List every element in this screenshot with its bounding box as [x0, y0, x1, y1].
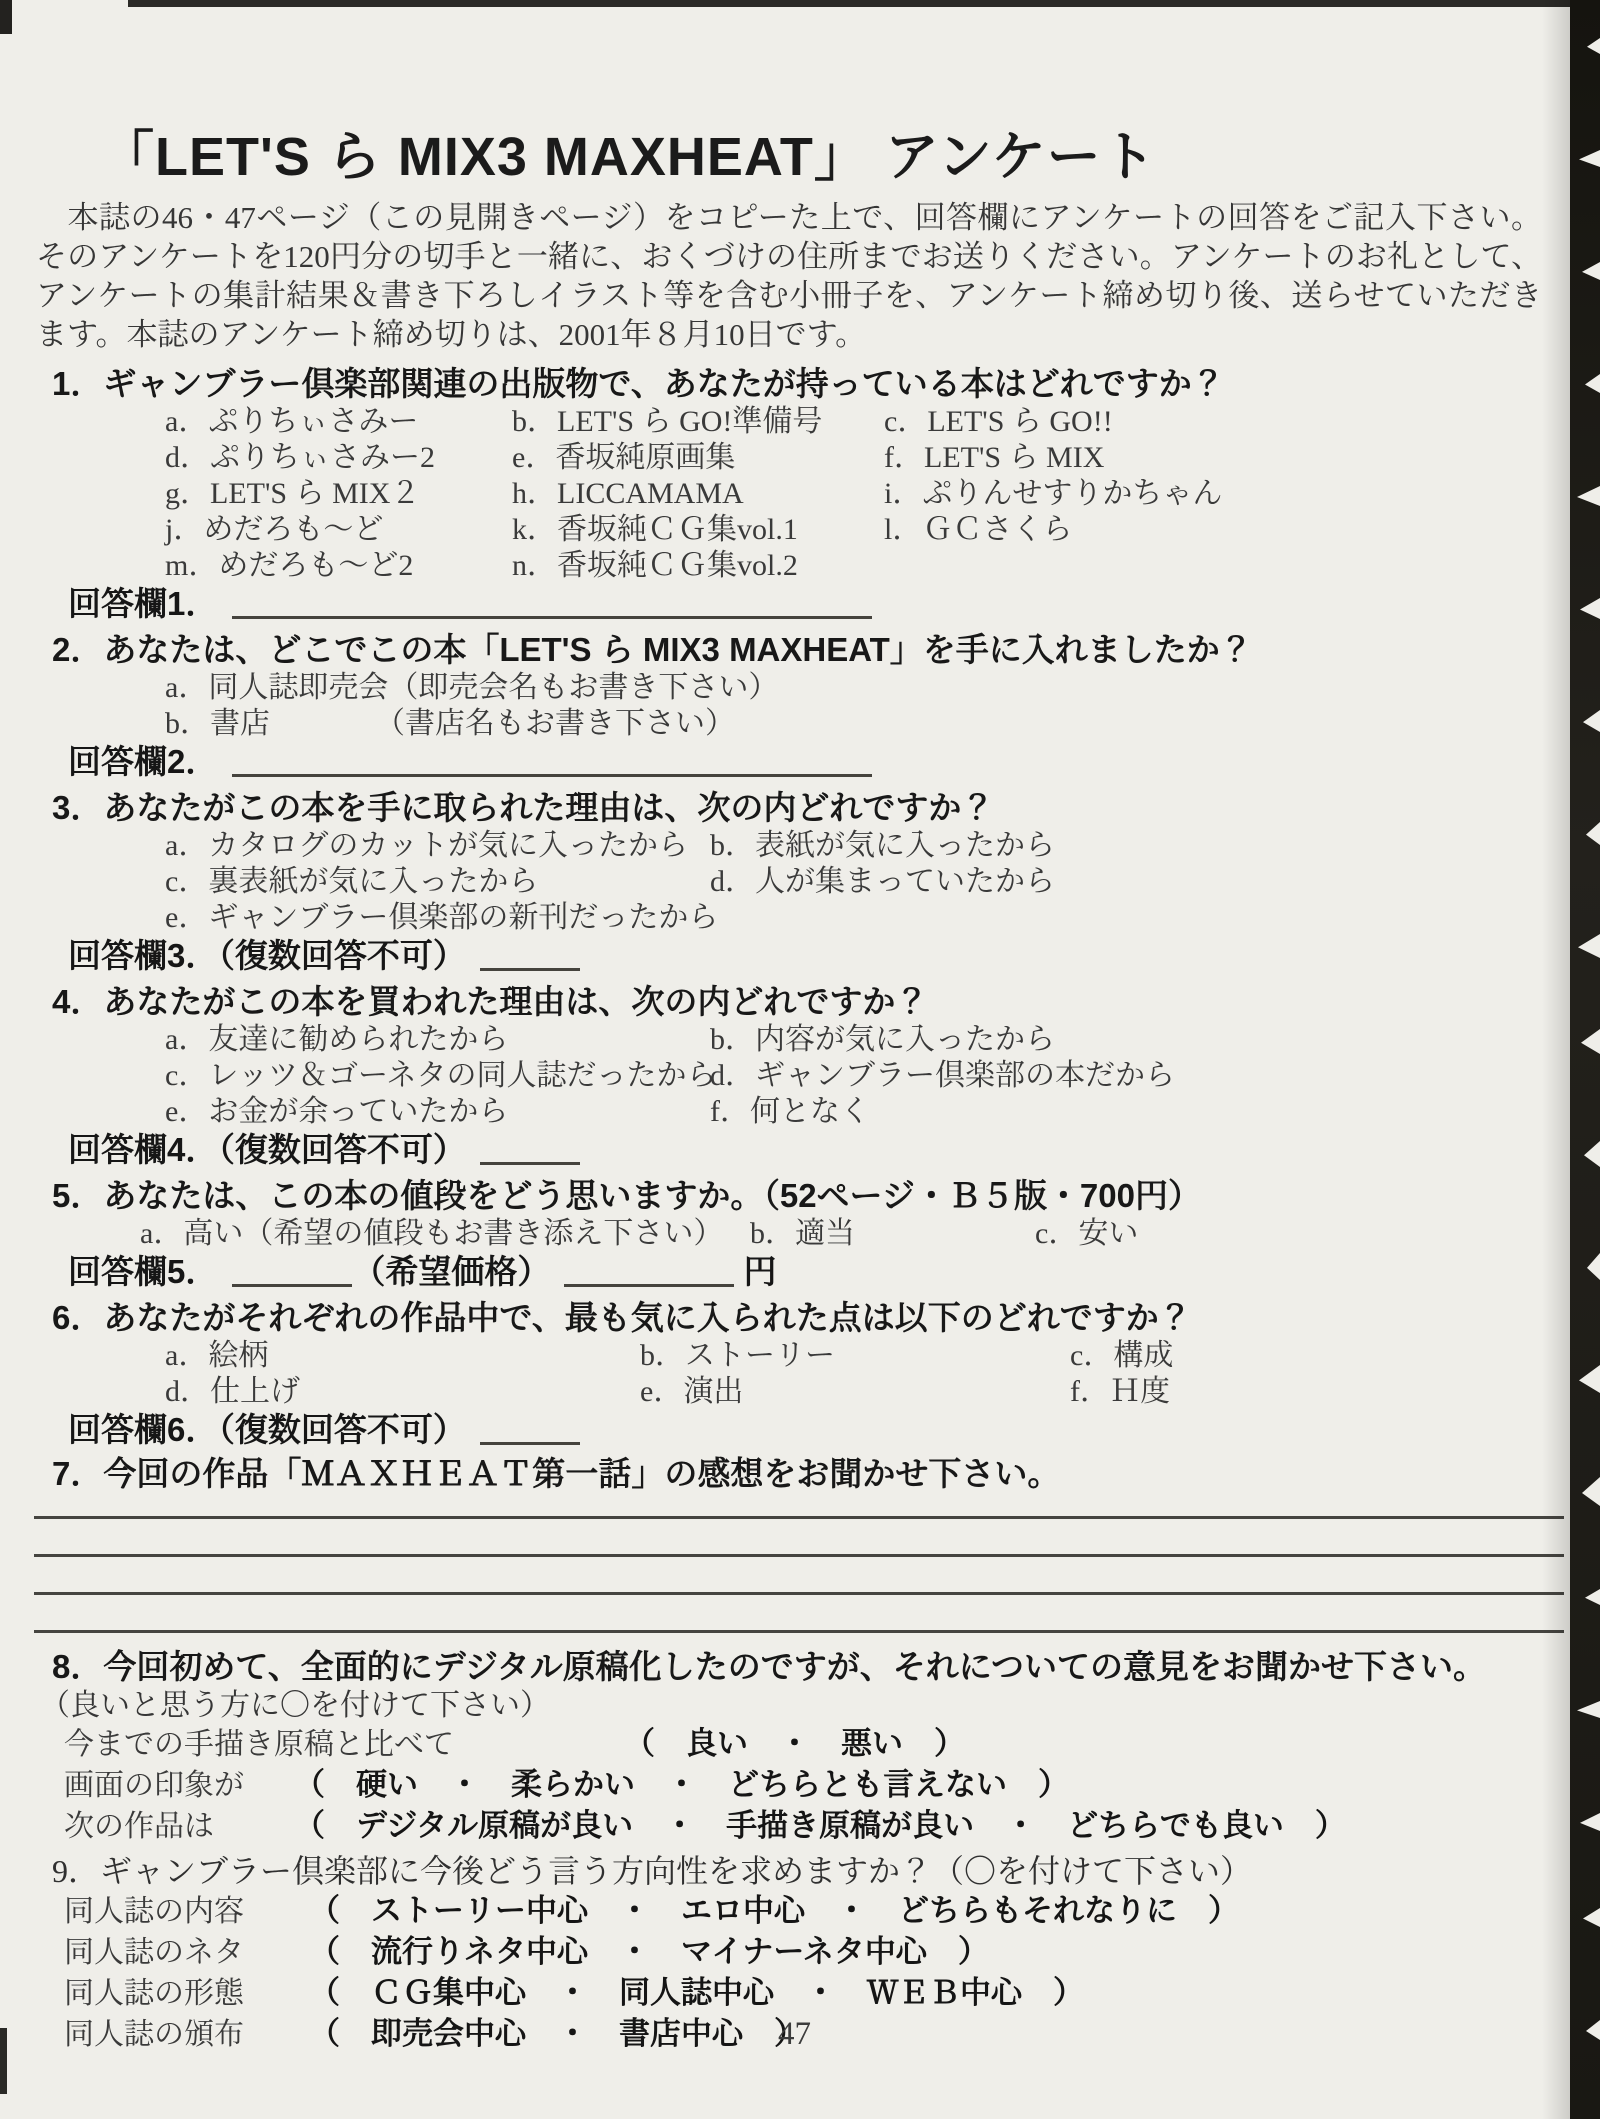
edge-notch — [1577, 1701, 1600, 1718]
question-8-row-1: 今までの手描き原稿と比べて（ 良い ・ 悪い ） — [64, 1724, 1600, 1765]
option-q1-n: n．香坂純ＣＧ集vol.2 — [512, 548, 884, 584]
answer-note-6: （復数回答不可） — [218, 1411, 466, 1448]
question-6-options: a．絵柄 b．ストーリー c．構成 d．仕上げ e．演出 f．Ｈ度 — [165, 1338, 1600, 1410]
row-label: 同人誌の頒布 — [64, 2015, 309, 2055]
answer-unit-5: 円 — [744, 1253, 777, 1290]
question-7-heading: 7．今回の作品「ＭＡＸＨＥＡＴ第一話」の感想をお聞かせ下さい。 — [52, 1454, 1600, 1494]
edge-notch — [1583, 1908, 1600, 1927]
option-q6-f: f．Ｈ度 — [1070, 1374, 1600, 1410]
question-8-row-3: 次の作品は（ デジタル原稿が良い ・ 手描き原稿が良い ・ どちらでも良い ） — [64, 1806, 1600, 1847]
page-title: 「LET'S ら MIX3 MAXHEAT」 アンケート — [100, 122, 1600, 192]
edge-notch — [1586, 822, 1600, 845]
option-q5-b: b．適当 — [750, 1216, 1035, 1252]
edge-notch — [1580, 1813, 1600, 1831]
option-q3-c: c．裏表紙が気に入ったから — [165, 864, 710, 900]
answer-label-1: 回答欄1． — [68, 585, 218, 622]
row-choices: （ 良い ・ 悪い ） — [624, 1726, 965, 1761]
answer-blank-line-3 — [480, 940, 580, 971]
answer-field-6: 回答欄6．（復数回答不可） — [68, 1410, 1600, 1450]
answer-label-6: 回答欄6． — [68, 1411, 218, 1448]
question-9-row-3: 同人誌の形態（ ＣＧ集中心 ・ 同人誌中心 ・ ＷＥＢ中心 ） — [64, 1973, 1600, 2014]
row-label: 同人誌の形態 — [64, 1974, 309, 2014]
question-8-row-2: 画面の印象が（ 硬い ・ 柔らかい ・ どちらとも言えない ） — [64, 1765, 1600, 1806]
option-q6-e: e．演出 — [640, 1374, 1070, 1410]
answer-label-2: 回答欄2． — [68, 743, 218, 780]
option-q6-a: a．絵柄 — [165, 1338, 640, 1374]
option-q4-f: f．何となく — [710, 1094, 1600, 1130]
answer-field-4: 回答欄4．（復数回答不可） — [68, 1130, 1600, 1170]
question-8-note: （良いと思う方に〇を付けて下さい） — [40, 1687, 1600, 1724]
answer-field-2: 回答欄2． — [68, 742, 1600, 782]
edge-notch — [1582, 1477, 1600, 1506]
question-6: 6．あなたがそれぞれの作品中で、最も気に入られた点は以下のどれですか？ a．絵柄… — [0, 1298, 1600, 1450]
question-9-heading: 9．ギャンブラー倶楽部に今後どう言う方向性を求めますか？（〇を付けて下さい） — [52, 1851, 1600, 1891]
edge-notch — [1586, 2020, 1600, 2040]
question-4-heading: 4．あなたがこの本を買われた理由は、次の内どれですか？ — [52, 982, 1600, 1022]
option-q1-g: g．LET'S ら MIX２ — [165, 476, 512, 512]
option-q1-i: i．ぷりんせすりかちゃん — [884, 476, 1600, 512]
edge-notch — [1582, 262, 1600, 280]
answer-rule-line-3 — [34, 1592, 1564, 1595]
edge-notch — [1583, 710, 1600, 732]
answer-label-5: 回答欄5． — [68, 1253, 218, 1290]
answer-field-5: 回答欄5．（希望価格） 円 — [68, 1252, 1600, 1292]
question-8-heading: 8．今回初めて、全面的にデジタル原稿化したのですが、それについての意見をお聞かせ… — [52, 1647, 1600, 1687]
row-choices: （ 即売会中心 ・ 書店中心 ） — [309, 2016, 805, 2051]
questionnaire-page: 「LET'S ら MIX3 MAXHEAT」 アンケート 本誌の46・47ページ… — [0, 0, 1600, 2119]
intro-paragraph: 本誌の46・47ページ（この見開きページ）をコピーた上で、回答欄にアンケートの回… — [36, 198, 1542, 354]
scan-edge-shadow — [1542, 0, 1570, 2119]
question-5-options: a．高い（希望の値段もお書き添え下さい） b．適当 c．安い — [140, 1216, 1600, 1252]
scan-top-edge — [128, 0, 1600, 7]
question-9-row-4: 同人誌の頒布（ 即売会中心 ・ 書店中心 ） — [64, 2014, 1600, 2055]
option-q6-b: b．ストーリー — [640, 1338, 1070, 1374]
answer-note-5: （希望価格） — [352, 1253, 550, 1290]
row-choices: （ 硬い ・ 柔らかい ・ どちらとも言えない ） — [294, 1767, 1069, 1802]
edge-notch — [1581, 1029, 1600, 1054]
option-q2-b: b．書店 （書店名もお書き下さい） — [165, 706, 1600, 742]
question-5-heading: 5．あなたは、この本の値段をどう思いますか。（52ページ・Ｂ５版・700円） — [52, 1176, 1600, 1216]
answer-note-4: （復数回答不可） — [218, 1131, 466, 1168]
answer-note-3: （復数回答不可） — [218, 937, 466, 974]
answer-blank-line-6 — [480, 1414, 580, 1445]
option-q1-m: m．めだろも～ど2 — [165, 548, 512, 584]
edge-notch — [1580, 598, 1600, 619]
row-label: 画面の印象が — [64, 1766, 294, 1806]
answer-field-1: 回答欄1． — [68, 584, 1600, 624]
question-2-heading: 2．あなたは、どこでこの本「LET'S ら MIX3 MAXHEAT」を手に入れ… — [52, 630, 1600, 670]
option-q1-b: b．LET'S ら GO!準備号 — [512, 404, 884, 440]
option-q6-c: c．構成 — [1070, 1338, 1600, 1374]
page-number: 47 — [778, 2016, 811, 2053]
answer-blank-line-2 — [232, 746, 872, 777]
option-q3-e: e．ギャンブラー倶楽部の新刊だったから — [165, 900, 710, 936]
question-6-heading: 6．あなたがそれぞれの作品中で、最も気に入られた点は以下のどれですか？ — [52, 1298, 1600, 1338]
option-q3-d: d．人が集まっていたから — [710, 864, 1600, 900]
option-q1-a: a．ぷりちぃさみー — [165, 404, 512, 440]
edge-notch — [1587, 38, 1600, 54]
option-q1-j: j．めだろも～ど — [165, 512, 512, 548]
answer-rule-line-2 — [34, 1554, 1564, 1557]
question-4-options: a．友達に勧められたから b．内容が気に入ったから c．レッツ＆ゴーネタの同人誌… — [165, 1022, 1600, 1130]
option-q1-c: c．LET'S ら GO!! — [884, 404, 1600, 440]
option-q4-d: d．ギャンブラー倶楽部の本だから — [710, 1058, 1600, 1094]
free-answer-lines — [0, 1516, 1600, 1633]
option-q4-e: e．お金が余っていたから — [165, 1094, 710, 1130]
row-choices: （ 流行りネタ中心 ・ マイナーネタ中心 ） — [309, 1934, 989, 1969]
question-1: 1．ギャンブラー倶楽部関連の出版物で、あなたが持っている本はどれですか？ a．ぷ… — [0, 364, 1600, 624]
option-q1-f: f．LET'S ら MIX — [884, 440, 1600, 476]
edge-notch — [1585, 374, 1600, 393]
answer-blank-line-1 — [232, 588, 872, 619]
question-3-heading: 3．あなたがこの本を手に取られた理由は、次の内どれですか？ — [52, 788, 1600, 828]
question-2: 2．あなたは、どこでこの本「LET'S ら MIX3 MAXHEAT」を手に入れ… — [0, 630, 1600, 782]
answer-field-3: 回答欄3．（復数回答不可） — [68, 936, 1600, 976]
question-1-heading: 1．ギャンブラー倶楽部関連の出版物で、あなたが持っている本はどれですか？ — [52, 364, 1600, 404]
question-7: 7．今回の作品「ＭＡＸＨＥＡＴ第一話」の感想をお聞かせ下さい。 — [0, 1454, 1600, 1633]
row-choices: （ ストーリー中心 ・ エロ中心 ・ どちらもそれなりに ） — [309, 1893, 1239, 1928]
edge-notch — [1578, 934, 1600, 958]
option-q4-a: a．友達に勧められたから — [165, 1022, 710, 1058]
option-q1-h: h．LICCAMAMA — [512, 476, 884, 512]
question-8: 8．今回初めて、全面的にデジタル原稿化したのですが、それについての意見をお聞かせ… — [0, 1647, 1600, 1847]
question-9-row-2: 同人誌のネタ（ 流行りネタ中心 ・ マイナーネタ中心 ） — [64, 1932, 1600, 1973]
edge-notch — [1579, 150, 1600, 167]
row-label: 今までの手描き原稿と比べて — [64, 1725, 624, 1765]
question-5: 5．あなたは、この本の値段をどう思いますか。（52ページ・Ｂ５版・700円） a… — [0, 1176, 1600, 1292]
row-label: 次の作品は — [64, 1807, 294, 1847]
option-q2-a: a．同人誌即売会（即売会名もお書き下さい） — [165, 670, 1600, 706]
row-choices: （ デジタル原稿が良い ・ 手描き原稿が良い ・ どちらでも良い ） — [294, 1808, 1346, 1843]
question-2-options: a．同人誌即売会（即売会名もお書き下さい） b．書店 （書店名もお書き下さい） — [165, 670, 1600, 742]
option-q1-l: l．ＧＣさくら — [884, 512, 1600, 548]
answer-label-4: 回答欄4． — [68, 1131, 218, 1168]
row-label: 同人誌のネタ — [64, 1933, 309, 1973]
option-q1-k: k．香坂純ＣＧ集vol.1 — [512, 512, 884, 548]
page-edge-strip — [1570, 0, 1600, 2119]
option-q1-d: d．ぷりちぃさみー2 — [165, 440, 512, 476]
question-3: 3．あなたがこの本を手に取られた理由は、次の内どれですか？ a．カタログのカット… — [0, 788, 1600, 976]
edge-notch — [1579, 1365, 1600, 1393]
scan-corner-mark-bottom-left — [0, 2028, 7, 2094]
answer-blank-line-5a — [232, 1256, 352, 1287]
answer-label-3: 回答欄3． — [68, 937, 218, 974]
answer-blank-line-5b — [564, 1256, 734, 1287]
question-4: 4．あなたがこの本を買われた理由は、次の内どれですか？ a．友達に勧められたから… — [0, 982, 1600, 1170]
option-q3-a: a．カタログのカットが気に入ったから — [165, 828, 710, 864]
option-q4-c: c．レッツ＆ゴーネタの同人誌だったから — [165, 1058, 710, 1094]
row-choices: （ ＣＧ集中心 ・ 同人誌中心 ・ ＷＥＢ中心 ） — [309, 1975, 1084, 2010]
option-q5-a: a．高い（希望の値段もお書き添え下さい） — [140, 1216, 750, 1252]
answer-rule-line-1 — [34, 1516, 1564, 1519]
edge-notch — [1584, 1141, 1600, 1167]
answer-blank-line-4 — [480, 1134, 580, 1165]
option-q6-d: d．仕上げ — [165, 1374, 640, 1410]
row-label: 同人誌の内容 — [64, 1892, 309, 1932]
option-q5-c: c．安い — [1035, 1216, 1600, 1252]
question-1-options: a．ぷりちぃさみー b．LET'S ら GO!準備号 c．LET'S ら GO!… — [165, 404, 1600, 584]
option-q4-b: b．内容が気に入ったから — [710, 1022, 1600, 1058]
edge-notch — [1585, 1589, 1600, 1605]
option-q1-e: e．香坂純原画集 — [512, 440, 884, 476]
question-9-row-1: 同人誌の内容（ ストーリー中心 ・ エロ中心 ・ どちらもそれなりに ） — [64, 1891, 1600, 1932]
question-3-options: a．カタログのカットが気に入ったから b．表紙が気に入ったから c．裏表紙が気に… — [165, 828, 1600, 936]
edge-notch — [1587, 1253, 1600, 1280]
answer-rule-line-4 — [34, 1630, 1564, 1633]
scan-corner-mark-top-left — [0, 0, 12, 34]
edge-notch — [1577, 486, 1600, 506]
option-q3-b: b．表紙が気に入ったから — [710, 828, 1600, 864]
